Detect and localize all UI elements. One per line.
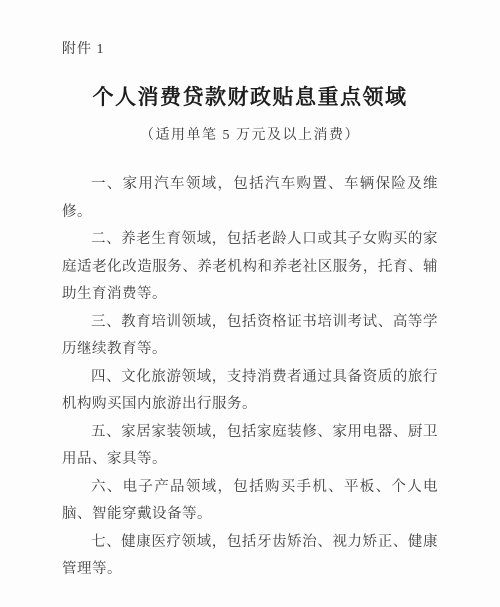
document-page: 附件 1 个人消费贷款财政贴息重点领域 （适用单笔 5 万元及以上消费） 一、家… [0,0,500,607]
body-paragraph-4: 四、文化旅游领域，支持消费者通过具备资质的旅行机构购买国内旅游出行服务。 [62,364,438,419]
body-paragraph-7: 七、健康医疗领域，包括牙齿矫治、视力矫正、健康管理等。 [62,529,438,584]
body-paragraph-6: 六、电子产品领域，包括购买手机、平板、个人电脑、智能穿戴设备等。 [62,474,438,529]
body-paragraph-2: 二、养老生育领域，包括老龄人口或其子女购买的家庭适老化改造服务、养老机构和养老社… [62,226,438,309]
document-subtitle: （适用单笔 5 万元及以上消费） [0,124,500,144]
body-paragraph-1: 一、家用汽车领域，包括汽车购置、车辆保险及维修。 [62,171,438,226]
document-body: 一、家用汽车领域，包括汽车购置、车辆保险及维修。 二、养老生育领域，包括老龄人口… [62,171,438,584]
document-title: 个人消费贷款财政贴息重点领域 [0,81,500,111]
body-paragraph-5: 五、家居家装领域，包括家庭装修、家用电器、厨卫用品、家具等。 [62,419,438,474]
attachment-label: 附件 1 [62,0,500,58]
body-paragraph-3: 三、教育培训领域，包括资格证书培训考试、高等学历继续教育等。 [62,309,438,364]
